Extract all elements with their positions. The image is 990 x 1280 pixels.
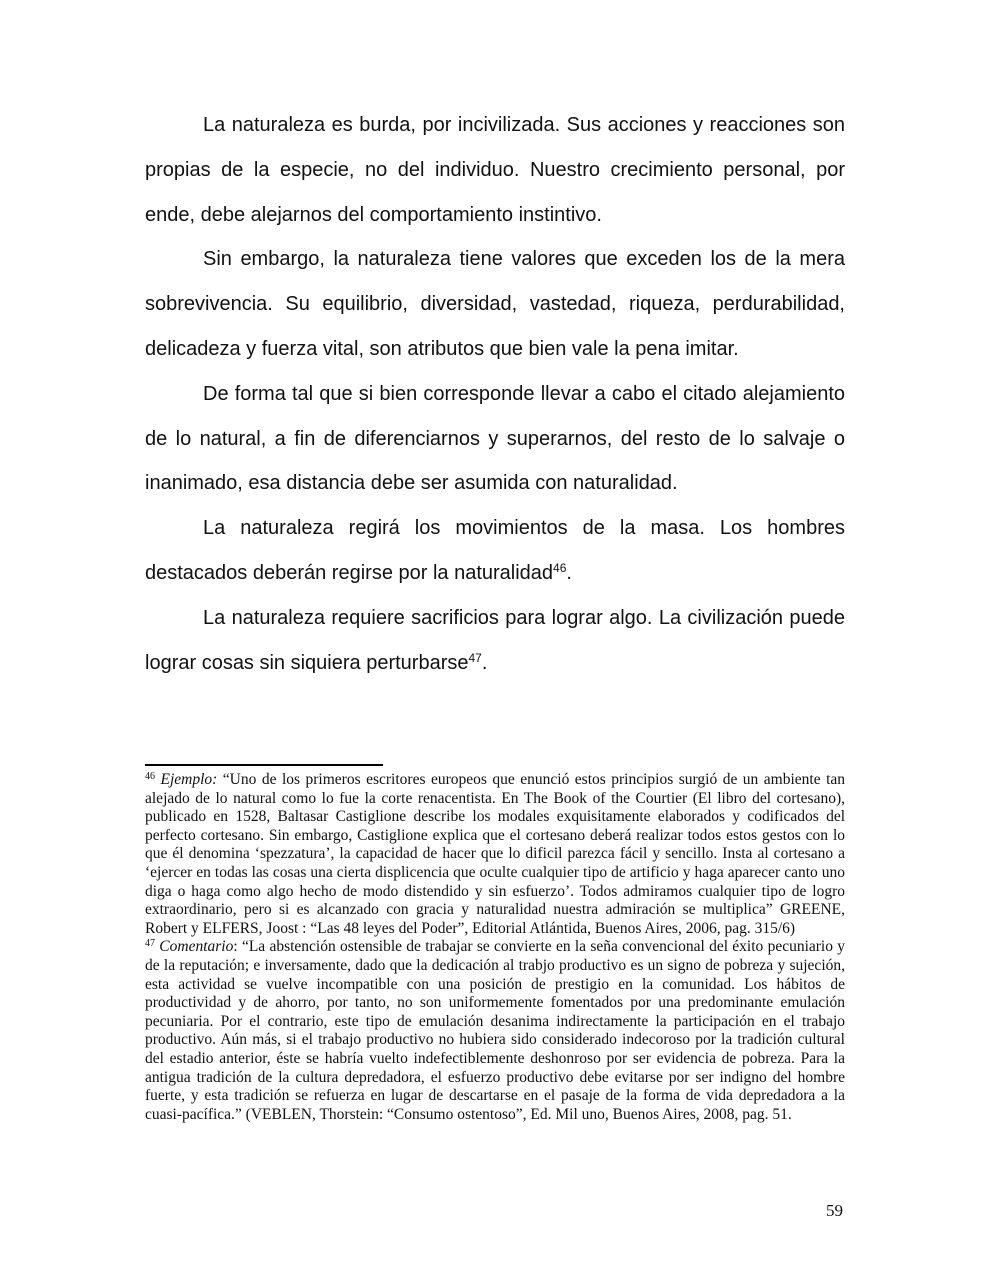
- paragraph-suffix: .: [482, 652, 488, 674]
- paragraph-text: De forma tal que si bien corresponde lle…: [145, 383, 845, 495]
- paragraph-1: La naturaleza es burda, por incivilizada…: [145, 103, 845, 237]
- footnote-47: 47 Comentario: “La abstención ostensible…: [145, 938, 845, 1124]
- paragraph-text: Sin embargo, la naturaleza tiene valores…: [145, 248, 845, 360]
- footnote-ref-46: 46: [553, 561, 566, 575]
- page-number: 59: [826, 1200, 843, 1222]
- paragraph-text: La naturaleza requiere sacrificios para …: [145, 607, 845, 674]
- footnote-label: Ejemplo:: [160, 771, 217, 788]
- paragraph-2: Sin embargo, la naturaleza tiene valores…: [145, 237, 845, 371]
- footnote-marker: 46: [145, 771, 155, 782]
- footnote-text: “Uno de los primeros escritores europeos…: [145, 771, 845, 937]
- footnote-label: Comentario: [159, 938, 233, 955]
- footnote-ref-47: 47: [469, 651, 482, 665]
- paragraph-text: La naturaleza regirá los movimientos de …: [145, 517, 845, 584]
- paragraph-suffix: .: [566, 562, 572, 584]
- footnote-marker: 47: [145, 938, 155, 949]
- paragraph-5: La naturaleza requiere sacrificios para …: [145, 596, 845, 686]
- document-page: La naturaleza es burda, por incivilizada…: [0, 0, 990, 1280]
- paragraph-3: De forma tal que si bien corresponde lle…: [145, 372, 845, 506]
- paragraph-4: La naturaleza regirá los movimientos de …: [145, 506, 845, 596]
- body-text: La naturaleza es burda, por incivilizada…: [145, 103, 845, 685]
- paragraph-text: La naturaleza es burda, por incivilizada…: [145, 114, 845, 226]
- footnotes-section: 46 Ejemplo: “Uno de los primeros escrito…: [145, 771, 845, 1124]
- footnote-46: 46 Ejemplo: “Uno de los primeros escrito…: [145, 771, 845, 938]
- footnote-text: : “La abstención ostensible de trabajar …: [145, 938, 845, 1122]
- footnote-separator: [145, 764, 383, 766]
